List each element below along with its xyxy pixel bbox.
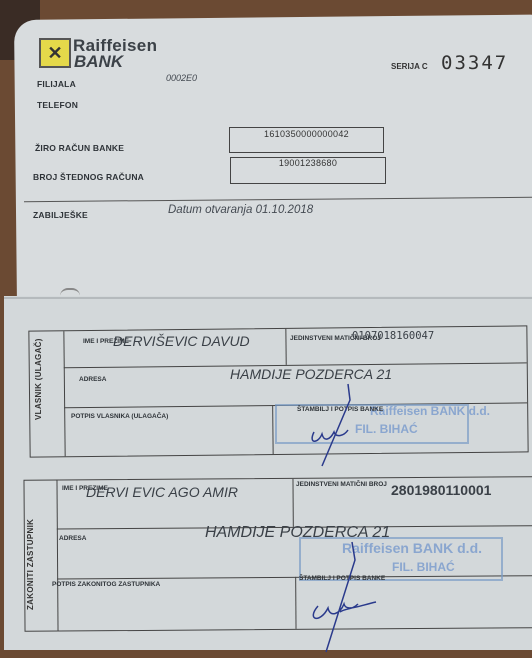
ziro-racun-label: ŽIRO RAČUN BANKE [35, 143, 124, 153]
filijala-label: FILIJALA [37, 79, 76, 89]
stedni-racun-value: 19001238680 [231, 158, 385, 168]
owner-section-divider [63, 331, 65, 456]
serija-label: SERIJA C [391, 62, 428, 71]
stedni-racun-label: BROJ ŠTEDNOG RAČUNA [33, 172, 144, 182]
owner-col-divider-2 [272, 405, 274, 454]
owner-col-divider-1 [285, 329, 286, 365]
rep-section-divider [56, 481, 58, 631]
page-fold-nick [60, 288, 80, 300]
rep-stamp-text-2: FIL. BIHAĆ [392, 560, 455, 574]
rep-name-value: DERVI EVIC AGO AMIR [86, 484, 238, 500]
owner-name-value: DERVIŠEVIC DAVUD [113, 333, 250, 349]
rep-signature-mark [300, 540, 400, 655]
owner-signature-label: POTPIS VLASNIKA (ULAGAČA) [71, 413, 168, 420]
telefon-label: TELEFON [37, 100, 78, 110]
brand-subtitle: BANK [74, 52, 123, 72]
page-fold [4, 297, 532, 299]
rep-jmbg-value: 2801980110001 [391, 482, 491, 498]
rep-signature-label: POTPIS ZAKONITOG ZASTUPNIKA [52, 581, 160, 588]
raiffeisen-logo-icon: ✕ [39, 38, 71, 68]
filijala-value: 0002E0 [166, 73, 197, 83]
serija-number: 03347 [441, 52, 508, 74]
owner-stamp-text-1: Raiffeisen BANK d.d. [370, 404, 490, 418]
representative-section-label: ZAKONITI ZASTUPNIK [26, 519, 35, 610]
rep-col-divider-1 [292, 479, 293, 527]
rep-address-label: ADRESA [59, 535, 86, 542]
owner-address-label: ADRESA [79, 376, 106, 383]
ziro-racun-value: 1610350000000042 [230, 129, 383, 139]
stedni-racun-box: 19001238680 [230, 157, 386, 184]
zabiljeske-value: Datum otvaranja 01.10.2018 [168, 204, 313, 216]
ziro-racun-box: 1610350000000042 [229, 127, 384, 153]
rep-col-divider-2 [295, 577, 296, 629]
owner-section-label: VLASNIK (ULAGAČ) [34, 338, 43, 420]
rep-jmbg-label: JEDINSTVENI MATIČNI BROJ [296, 481, 387, 488]
zabiljeske-label: ZABILJEŠKE [33, 210, 88, 220]
owner-signature-mark [300, 380, 370, 470]
owner-jmbg-value: 0107018160047 [352, 330, 434, 342]
